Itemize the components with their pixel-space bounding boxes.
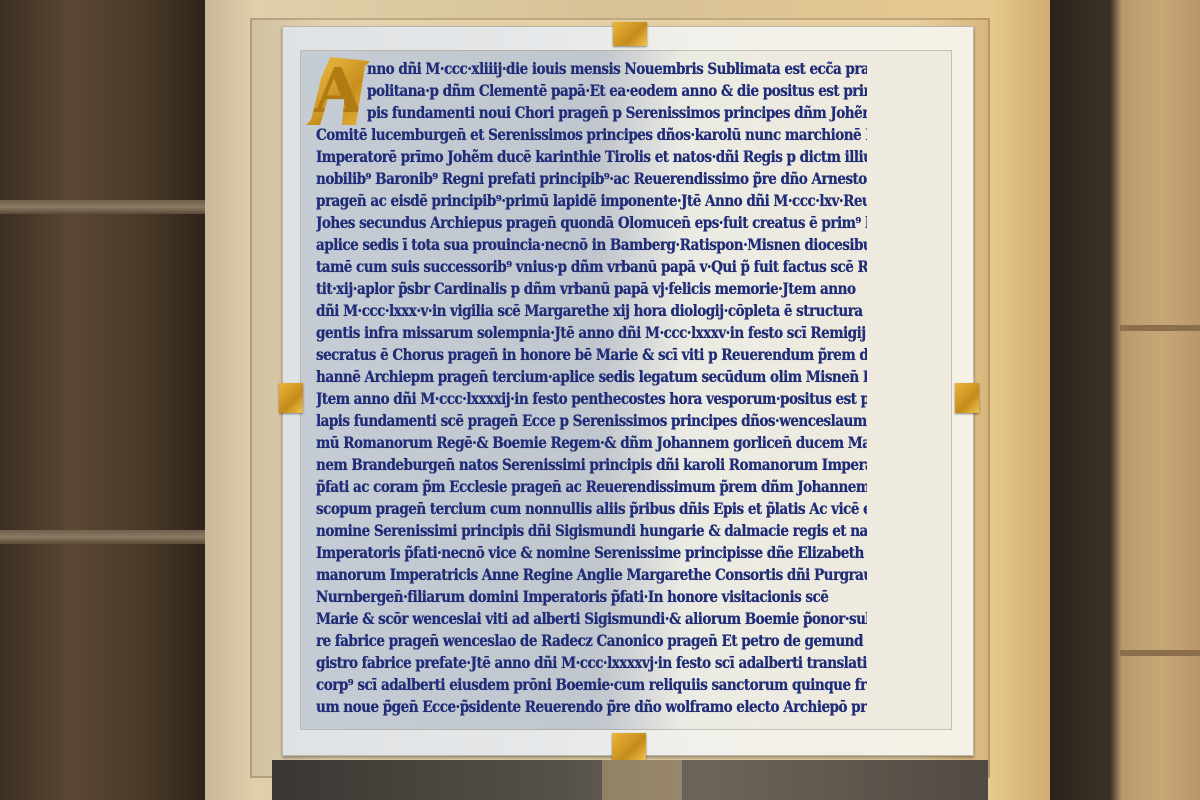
- inscription-text: nno dñi M·ccc·xliiij·die iouis mensis No…: [316, 58, 942, 726]
- inscription-line: secratus ē Chorus pragen̄ in honore bē M…: [316, 344, 867, 366]
- inscription-line: hannē Archiepm pragen̄ tercium·aplice se…: [316, 366, 867, 388]
- inscription-line: nobilib⁹ Baronib⁹ Regni prefati principi…: [316, 168, 867, 190]
- inscription-line: re fabrice pragen̄ wenceslao de Radecz C…: [316, 630, 867, 652]
- inscription-line: um noue p̃gen̄ Ecce·p̃sidente Reuerendo …: [316, 696, 867, 718]
- inscription-line: tit·xij·aplor p̃sbr Cardinalis p dñm vrb…: [316, 278, 867, 300]
- mortar-joint: [0, 530, 205, 544]
- mortar-joint: [1120, 650, 1200, 656]
- inscription-line: tamē cum suis successorib⁹ vnius·p dñm v…: [316, 256, 867, 278]
- sunlit-patch: [602, 760, 682, 800]
- inscription-line: aplice sedis ī tota sua prouincia·necnō …: [316, 234, 867, 256]
- inscription-line: Nurnbergen̄·filiarum domini Imperatoris …: [316, 586, 867, 608]
- gilded-clip-bottom: [612, 733, 646, 761]
- inscription-line: Imperatoris p̃fati·necnō vice & nomine S…: [316, 542, 867, 564]
- gilded-clip-top: [613, 22, 647, 46]
- inscription-line: lapis fundamenti scē pragen̄ Ecce p Sere…: [316, 410, 867, 432]
- sandstone-wall-right: [1050, 0, 1200, 800]
- inscription-line: pis fundamenti noui Chori pragen̄ p Sere…: [316, 102, 867, 124]
- inscription-line: nomine Serenissimi principis dñi Sigismu…: [316, 520, 867, 542]
- inscription-line: nno dñi M·ccc·xliiij·die iouis mensis No…: [316, 58, 867, 80]
- weathered-ledge: [272, 760, 988, 800]
- inscription-line: politana·p dñm Clementē papā·Et ea·eodem…: [316, 80, 867, 102]
- inscription-line: gistro fabrice prefate·Jtē anno dñi M·cc…: [316, 652, 867, 674]
- inscription-line: scopum pragen̄ tercium cum nonnullis ali…: [316, 498, 867, 520]
- sandstone-wall-left: [0, 0, 205, 800]
- inscription-line: gentis infra missarum solempnia·Jtē anno…: [316, 322, 867, 344]
- inscription-line: Imperatorē prīmo Johẽm ducē karinthie Ti…: [316, 146, 867, 168]
- mortar-joint: [1120, 325, 1200, 331]
- gilded-clip-right: [955, 383, 979, 413]
- inscription-line: Comitē lucemburgen̄ et Serenissimos prin…: [316, 124, 867, 146]
- inscription-line: Johes secundus Archiepus pragen̄ quondā …: [316, 212, 867, 234]
- inscription-line: corp⁹ scī adalberti eiusdem prōni Boemie…: [316, 674, 867, 696]
- inscription-line: nem Brandeburgen̄ natos Serenissimi prin…: [316, 454, 867, 476]
- mortar-joint: [0, 200, 205, 214]
- inscription-line: dñi M·ccc·lxxx·v·in vigilia scē Margaret…: [316, 300, 867, 322]
- inscription-line: manorum Imperatricis Anne Regine Anglie …: [316, 564, 867, 586]
- inscription-line: Marie & scōr wenceslai viti ad alberti S…: [316, 608, 867, 630]
- inscription-line: mū Romanorum Regē·& Boemie Regem·& dñm J…: [316, 432, 867, 454]
- inscription-line: Jtem anno dñi M·ccc·lxxxxij·in festo pen…: [316, 388, 867, 410]
- inscription-line: pragen̄ ac eisdē principib⁹·primū lapidē…: [316, 190, 867, 212]
- inscription-line: p̃fati ac coram p̃m Ecclesie pragen̄ ac …: [316, 476, 867, 498]
- gilded-clip-left: [279, 383, 303, 413]
